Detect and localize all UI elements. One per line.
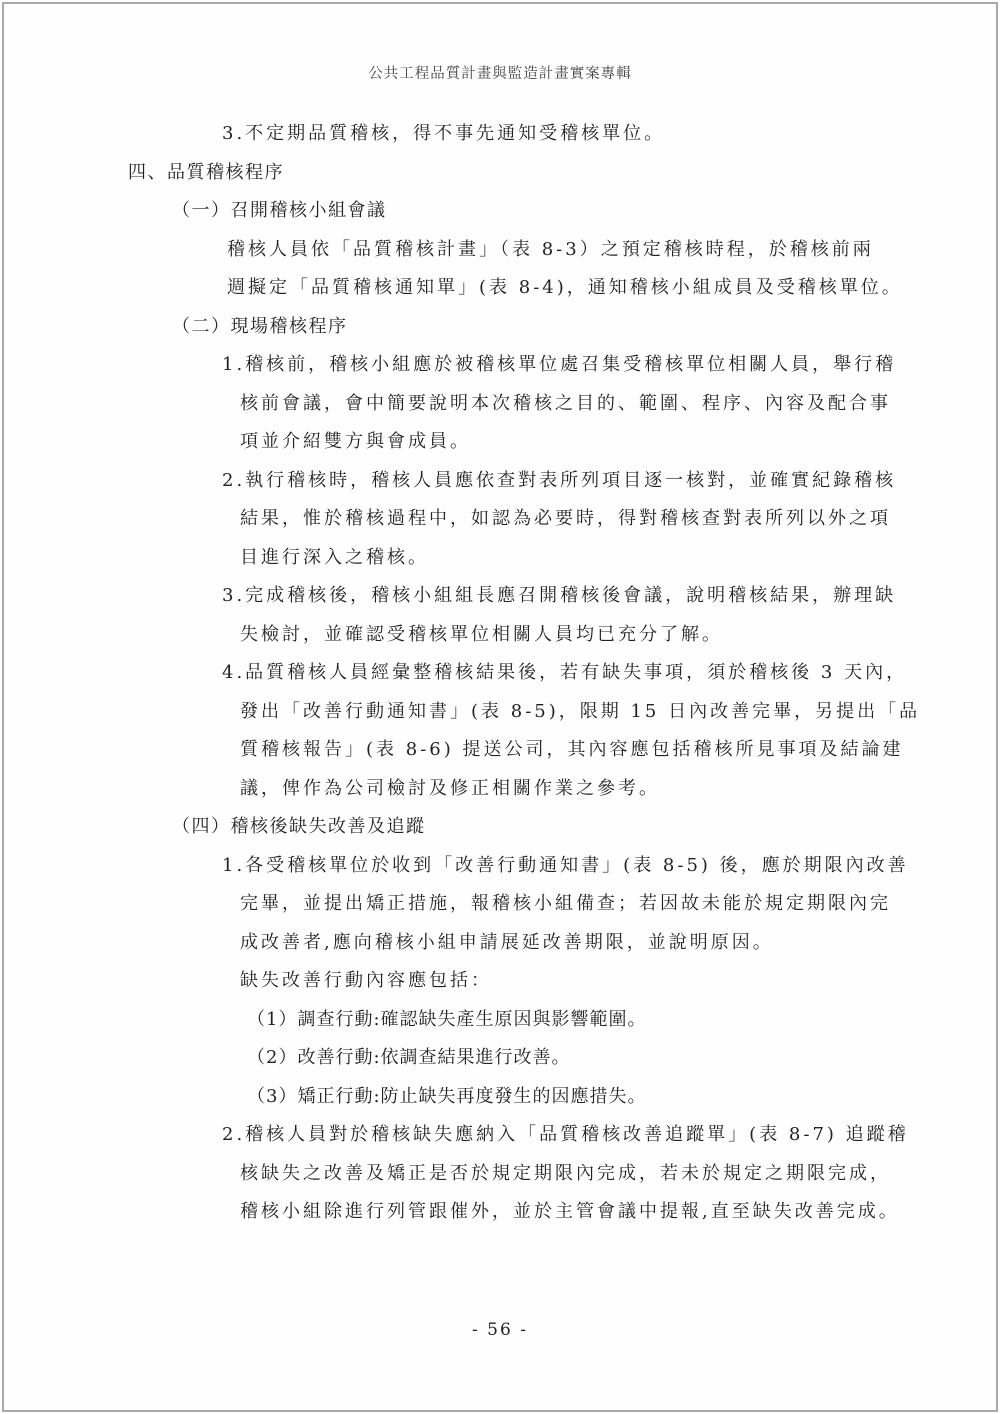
continuation-line: 項並介紹雙方與會成員。 xyxy=(240,423,1000,462)
section-heading: 四、品質稽核程序 xyxy=(128,154,1000,193)
document-body: 3.不定期品質稽核，得不事先通知受稽核單位。 四、品質稽核程序 （一）召開稽核小… xyxy=(0,115,1000,1232)
continuation-line: 核前會議，會中簡要說明本次稽核之目的、範圍、程序、內容及配合事 xyxy=(240,385,1000,424)
list-item-line: 1.稽核前，稽核小組應於被稽核單位處召集受稽核單位相關人員，舉行稽 xyxy=(222,346,1000,385)
list-item-line: 4.品質稽核人員經彙整稽核結果後，若有缺失事項，須於稽核後 3 天內， xyxy=(222,654,1000,693)
continuation-line: 質稽核報告」(表 8-6) 提送公司，其內容應包括稽核所見事項及結論建 xyxy=(240,731,1000,770)
list-item-line: 3.完成稽核後，稽核小組組長應召開稽核後會議，說明稽核結果，辦理缺 xyxy=(222,577,1000,616)
running-header-title: 公共工程品質計畫與監造計畫實案專輯 xyxy=(0,62,1000,83)
paragraph-line: 週擬定「品質稽核通知單」(表 8-4)，通知稽核小組成員及受稽核單位。 xyxy=(227,269,1000,308)
subsection-heading: （二）現場稽核程序 xyxy=(172,308,1000,347)
sub-item-line: （3）矯正行動:防止缺失再度發生的因應措失。 xyxy=(247,1078,1000,1117)
continuation-line: 失檢討，並確認受稽核單位相關人員均已充分了解。 xyxy=(240,616,1000,655)
continuation-line: 發出「改善行動通知書」(表 8-5)，限期 15 日內改善完畢，另提出「品 xyxy=(240,693,1000,732)
list-item-line: 2.執行稽核時，稽核人員應依查對表所列項目逐一核對，並確實紀錄稽核 xyxy=(222,462,1000,501)
continuation-line: 成改善者,應向稽核小組申請展延改善期限，並說明原因。 xyxy=(240,924,1000,963)
document-page: 公共工程品質計畫與監造計畫實案專輯 3.不定期品質稽核，得不事先通知受稽核單位。… xyxy=(0,0,1000,1414)
continuation-line: 核缺失之改善及矯正是否於規定期限內完成，若未於規定之期限完成， xyxy=(240,1155,1000,1194)
continuation-line: 結果，惟於稽核過程中，如認為必要時，得對稽核查對表所列以外之項 xyxy=(240,500,1000,539)
list-item-line: 3.不定期品質稽核，得不事先通知受稽核單位。 xyxy=(222,115,1000,154)
continuation-line: 目進行深入之稽核。 xyxy=(240,539,1000,578)
continuation-line: 議，俾作為公司檢討及修正相關作業之參考。 xyxy=(240,770,1000,809)
list-item-line: 1.各受稽核單位於收到「改善行動通知書」(表 8-5) 後，應於期限內改善 xyxy=(222,847,1000,886)
subsection-heading: （一）召開稽核小組會議 xyxy=(172,192,1000,231)
continuation-line: 缺失改善行動內容應包括： xyxy=(240,962,1000,1001)
paragraph-line: 稽核人員依「品質稽核計畫」（表 8-3）之預定稽核時程，於稽核前兩 xyxy=(227,231,1000,270)
page-number: - 56 - xyxy=(0,1320,1000,1340)
sub-item-line: （2）改善行動:依調查結果進行改善。 xyxy=(247,1039,1000,1078)
list-item-line: 2.稽核人員對於稽核缺失應納入「品質稽核改善追蹤單」(表 8-7) 追蹤稽 xyxy=(222,1116,1000,1155)
subsection-heading: （四）稽核後缺失改善及追蹤 xyxy=(172,808,1000,847)
continuation-line: 完畢，並提出矯正措施，報稽核小組備查；若因故未能於規定期限內完 xyxy=(240,885,1000,924)
sub-item-line: （1）調查行動:確認缺失產生原因與影響範圍。 xyxy=(247,1001,1000,1040)
continuation-line: 稽核小組除進行列管跟催外，並於主管會議中提報,直至缺失改善完成。 xyxy=(240,1193,1000,1232)
